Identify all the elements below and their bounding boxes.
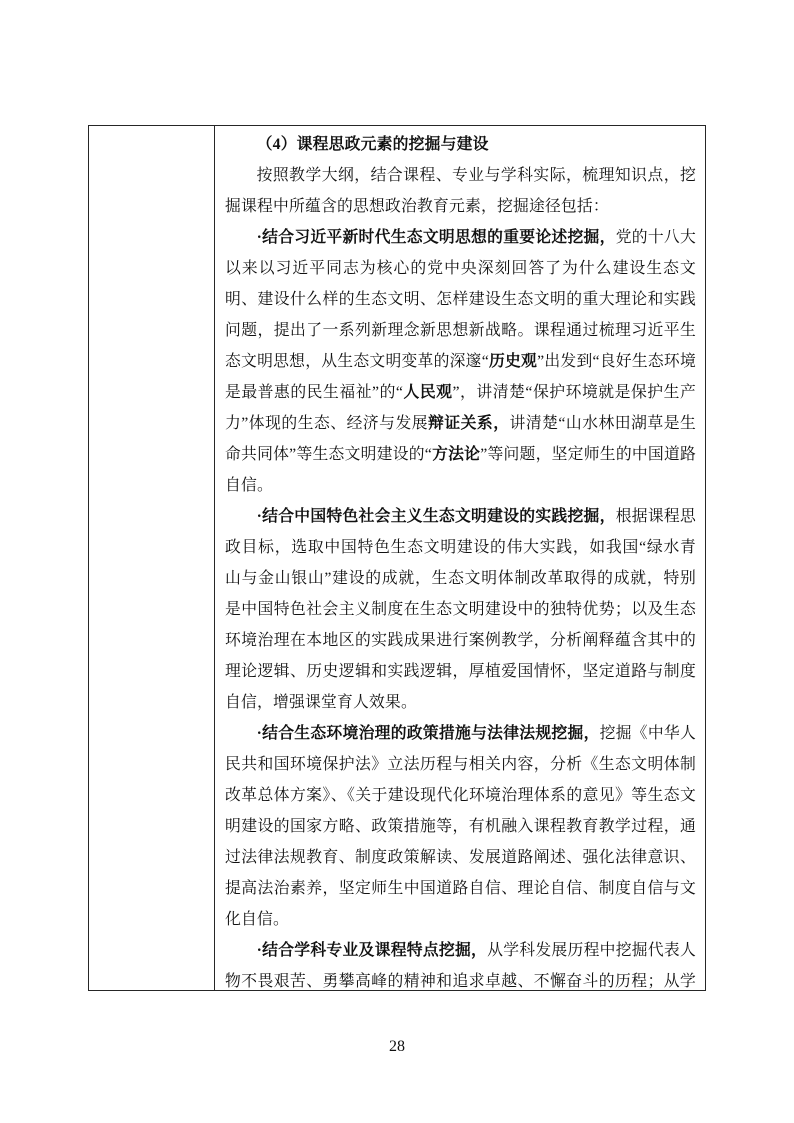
bold-text-run: ·结合学科专业及课程特点挖掘， (257, 942, 488, 959)
text-run: 挖掘《中华人民共和国环境保护法》立法历程与相关内容，分析《生态文明体制改革总体方… (225, 725, 696, 928)
content-paragraphs: （4）课程思政元素的挖掘与建设按照教学大纲，结合课程、专业与学科实际，梳理知识点… (225, 129, 696, 990)
paragraph: ·结合生态环境治理的政策措施与法律法规挖掘，挖掘《中华人民共和国环境保护法》立法… (225, 718, 696, 935)
content-table: （4）课程思政元素的挖掘与建设按照教学大纲，结合课程、专业与学科实际，梳理知识点… (88, 125, 706, 991)
bold-text-run: 人民观 (403, 384, 452, 401)
table-content-cell: （4）课程思政元素的挖掘与建设按照教学大纲，结合课程、专业与学科实际，梳理知识点… (215, 126, 705, 990)
bold-text-run: ·结合习近平新时代生态文明思想的重要论述挖掘， (257, 229, 616, 246)
paragraph: （4）课程思政元素的挖掘与建设 (225, 129, 696, 160)
text-run: 按照教学大纲，结合课程、专业与学科实际，梳理知识点，挖掘课程中所蕴含的思想政治教… (225, 167, 696, 215)
paragraph: ·结合中国特色社会主义生态文明建设的实践挖掘，根据课程思政目标，选取中国特色生态… (225, 501, 696, 718)
paragraph: 按照教学大纲，结合课程、专业与学科实际，梳理知识点，挖掘课程中所蕴含的思想政治教… (225, 160, 696, 222)
bold-text-run: ·结合中国特色社会主义生态文明建设的实践挖掘， (257, 508, 616, 525)
bold-text-run: ·结合生态环境治理的政策措施与法律法规挖掘， (257, 725, 600, 742)
bold-text-run: 方法论 (432, 446, 480, 463)
page-number: 28 (0, 1037, 794, 1057)
bold-text-run: 历史观 (489, 353, 537, 370)
paragraph: ·结合学科专业及课程特点挖掘，从学科发展历程中挖掘代表人物不畏艰苦、勇攀高峰的精… (225, 935, 696, 990)
text-run: 根据课程思政目标，选取中国特色生态文明建设的伟大实践，如我国“绿水青山与金山银山… (225, 508, 696, 711)
bold-text-run: （4）课程思政元素的挖掘与建设 (257, 136, 489, 153)
text-run: 党的十八大以来以习近平同志为核心的党中央深刻回答了为什么建设生态文明、建设什么样… (225, 229, 696, 370)
paragraph: ·结合习近平新时代生态文明思想的重要论述挖掘，党的十八大以来以习近平同志为核心的… (225, 222, 696, 501)
table-left-cell (89, 126, 215, 990)
bold-text-run: 辩证关系， (428, 415, 509, 432)
